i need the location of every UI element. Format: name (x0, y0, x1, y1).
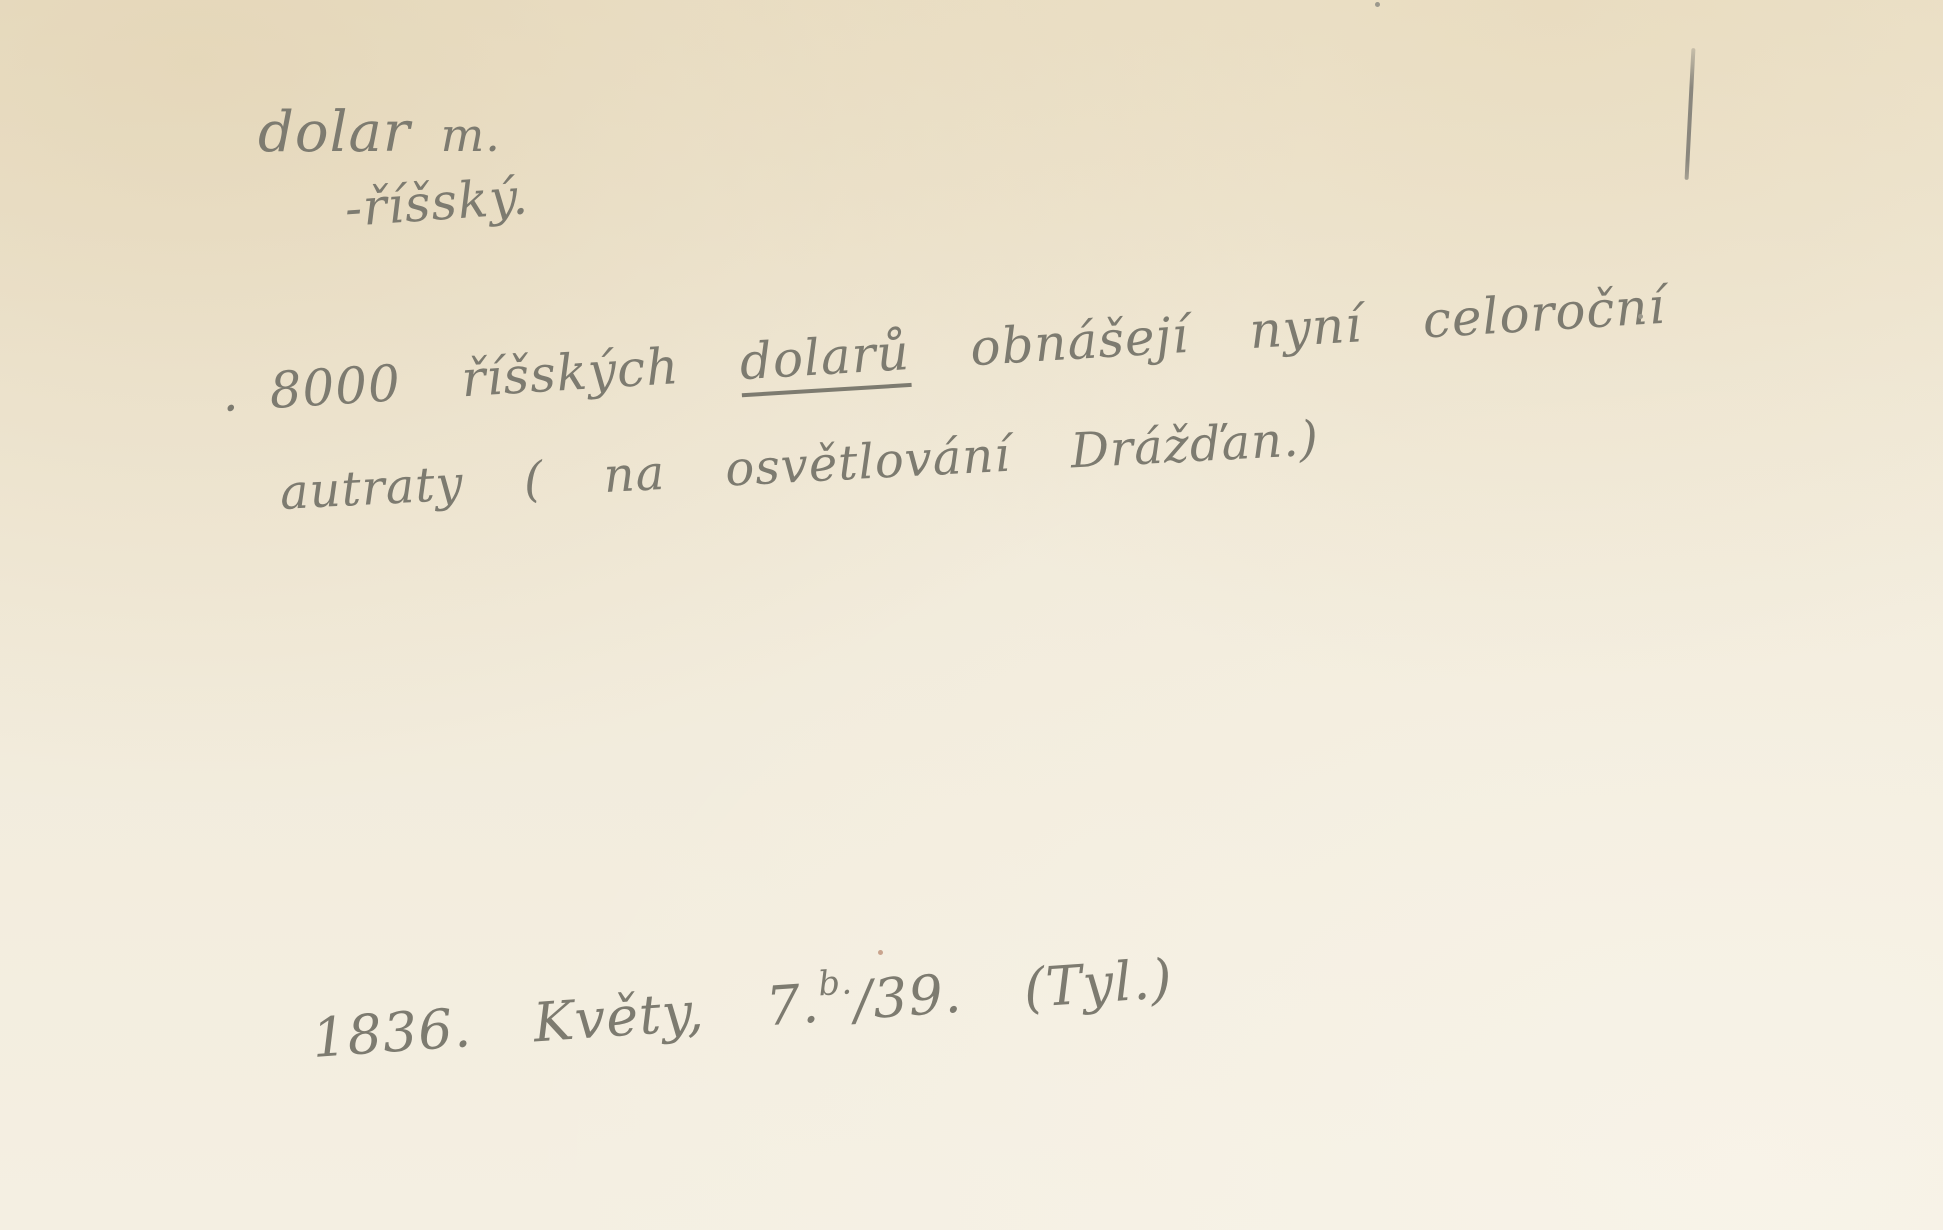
quote-keyword-underlined: dolarů (738, 323, 911, 391)
headword: dolar (258, 100, 411, 165)
quote-word: ( (522, 451, 545, 508)
quote-word: autraty (279, 455, 465, 521)
quote-word: říšských (460, 337, 681, 408)
quote-word: na (602, 445, 666, 504)
quote-word: obnášejí (969, 306, 1191, 377)
ink-speck (1375, 2, 1380, 7)
headword-line: dolarm. (258, 100, 501, 165)
derivative-form: -říšský. (343, 167, 531, 238)
source-publication: Květy, (531, 980, 706, 1055)
quote-word: nyní (1248, 295, 1364, 360)
source-year: 1836. (310, 996, 474, 1070)
margin-pencil-stroke (1685, 48, 1696, 180)
index-card: dolarm. -říšský. . 8000 říšských dolarů … (0, 0, 1943, 1230)
grammar-label: m. (441, 108, 501, 162)
quote-word: Drážďan.) (1069, 411, 1320, 480)
source-citation: 1836. Květy, 7.b./39. (Tyl.) (310, 940, 1175, 1070)
quote-line-1: . 8000 říšských dolarů obnášejí nyní cel… (220, 274, 1711, 423)
source-issue: 7. (764, 972, 822, 1039)
quote-word: 8000 (268, 354, 403, 420)
quote-word: osvětlování (724, 427, 1012, 498)
ink-speck (1638, 314, 1643, 319)
quote-line-2: autraty ( na osvětlování Drážďan.) (279, 408, 1365, 521)
quote-word: celoroční (1421, 277, 1667, 350)
source-page: /39. (852, 962, 964, 1032)
source-issue-superscript: b. (817, 962, 854, 1004)
source-author: (Tyl.) (1022, 947, 1175, 1020)
quote-lead-mark: . (220, 364, 240, 423)
ink-speck (878, 950, 883, 955)
